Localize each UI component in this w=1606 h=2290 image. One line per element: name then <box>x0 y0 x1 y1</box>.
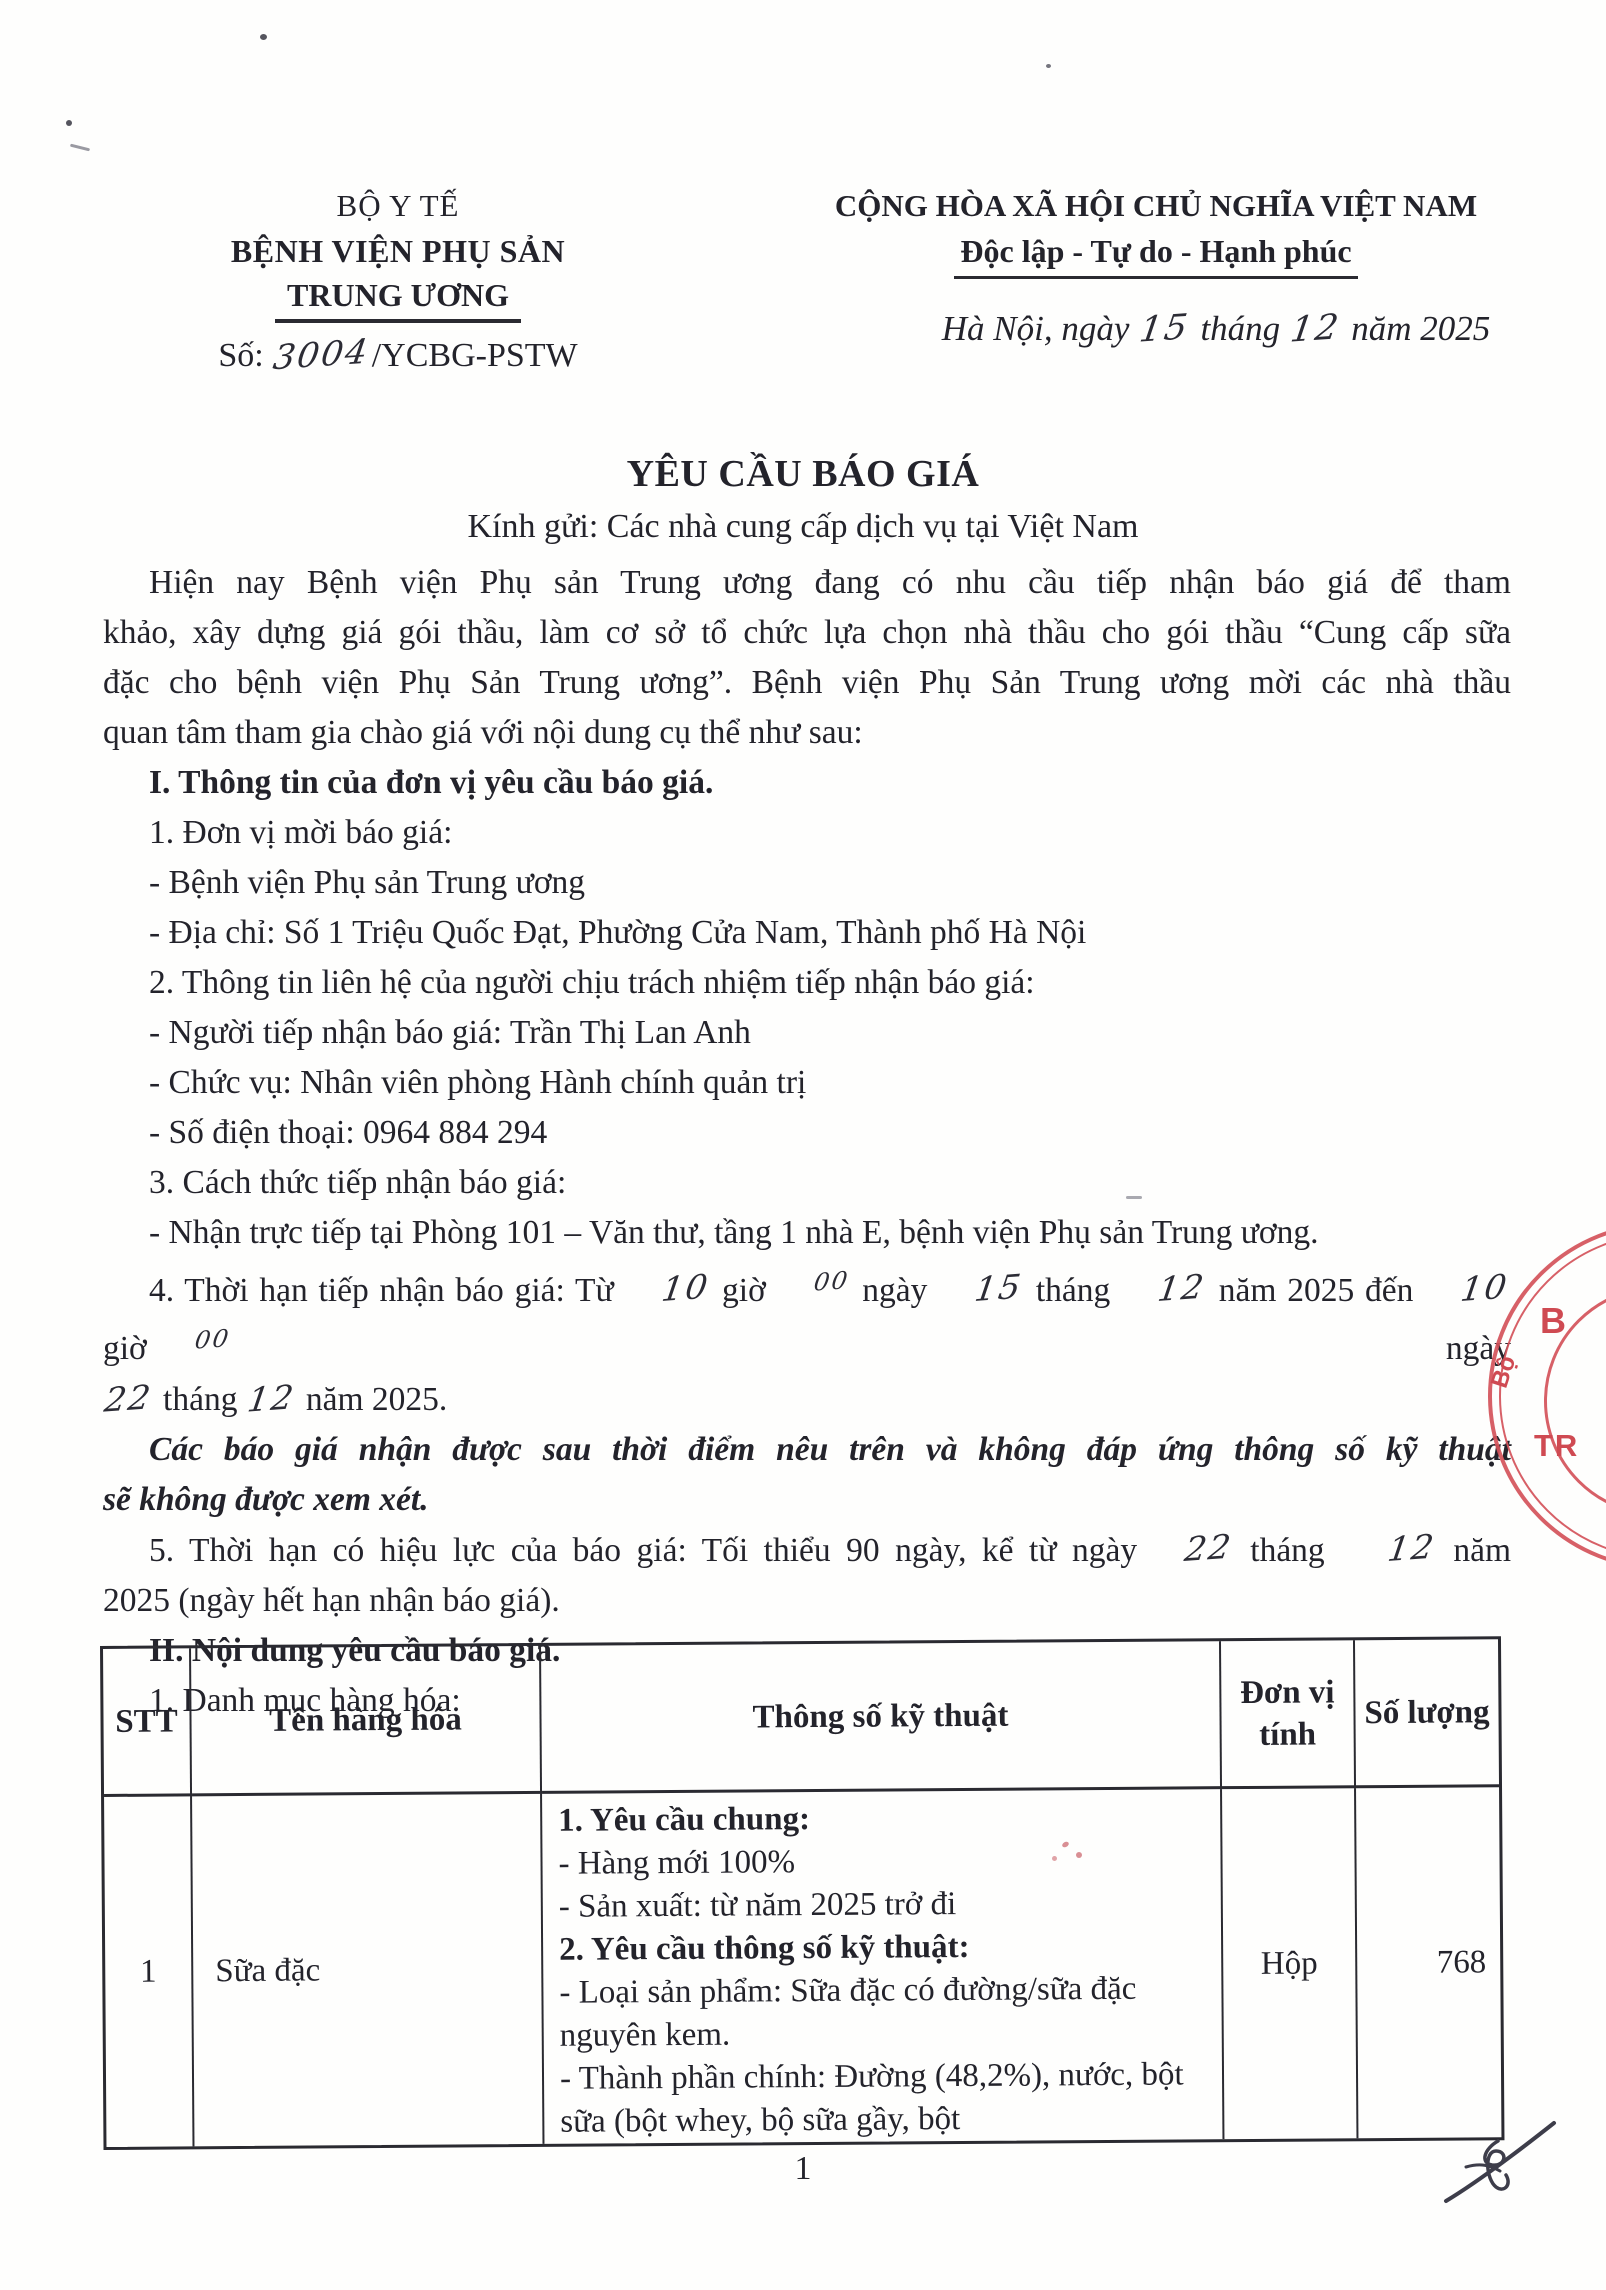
national-heading-block: CỘNG HÒA XÃ HỘI CHỦ NGHĨA VIỆT NAM Độc l… <box>756 188 1556 349</box>
scan-speck <box>1126 1196 1142 1199</box>
scan-speck <box>66 120 72 126</box>
organization-name-line2: TRUNG ƯƠNG <box>148 277 648 323</box>
section1-item4-line2: 22 tháng 12 năm 2025. <box>103 1374 1511 1425</box>
national-motto-line1: CỘNG HÒA XÃ HỘI CHỦ NGHĨA VIỆT NAM <box>756 188 1556 224</box>
bold-text: 2. Yêu cầu thông số kỹ thuật: <box>559 1924 1211 1972</box>
section1-heading: I. Thông tin của đơn vị yêu cầu báo giá. <box>103 758 1511 808</box>
text-segment: Số: <box>218 337 272 374</box>
scan-speck <box>70 144 90 152</box>
text-segment: giờ <box>711 1272 766 1309</box>
section1-item5-line1: 5. Thời hạn có hiệu lực của báo giá: Tối… <box>103 1525 1511 1576</box>
document-body: Hiện nay Bệnh viện Phụ sản Trung ương đa… <box>103 558 1511 1726</box>
document-title: YÊU CẦU BÁO GIÁ <box>0 452 1606 496</box>
salutation-line: Kính gửi: Các nhà cung cấp dịch vụ tại V… <box>0 508 1606 546</box>
ministry-name: BỘ Y TẾ <box>148 188 648 224</box>
section1-item3: 3. Cách thức tiếp nhận báo giá: <box>103 1158 1511 1208</box>
handwritten-number: 3004 <box>271 332 372 378</box>
table-header-so-luong: Số lượng <box>1355 1639 1499 1788</box>
goods-table: STT Tên hàng hóa Thông số kỹ thuật Đơn v… <box>100 1636 1504 2150</box>
document-number: Số: 3004/YCBG-PSTW <box>148 335 648 375</box>
text-segment: tháng <box>1192 309 1289 348</box>
table-header-don-vi-tinh: Đơn vị tính <box>1221 1640 1356 1789</box>
text-segment: tháng <box>155 1381 246 1418</box>
handwritten-number: 10 <box>1411 1262 1512 1318</box>
section1-item2: 2. Thông tin liên hệ của người chịu trác… <box>103 958 1511 1008</box>
organization-name-line1: BỆNH VIỆN PHỤ SẢN <box>148 233 648 270</box>
handwritten-number: 12 <box>1108 1262 1209 1318</box>
table-header-stt: STT <box>103 1648 192 1797</box>
handwritten-number: 15 <box>1137 307 1192 350</box>
issuer-block: BỘ Y TẾ BỆNH VIỆN PHỤ SẢN TRUNG ƯƠNG Số:… <box>148 188 648 375</box>
bold-text: 1. Yêu cầu chung: <box>558 1795 1210 1843</box>
text-segment: Hà Nội, ngày <box>942 309 1138 348</box>
section1-item1b: - Địa chỉ: Số 1 Triệu Quốc Đạt, Phường C… <box>103 908 1511 958</box>
text-segment: năm 2025 đến <box>1208 1272 1413 1309</box>
handwritten-number: 15 <box>925 1262 1026 1318</box>
text-segment: - Loại sản phẩm: Sữa đặc có đường/sữa đặ… <box>559 1967 1212 2058</box>
section1-item3a: - Nhận trực tiếp tại Phòng 101 – Văn thư… <box>103 1208 1511 1258</box>
handwritten-number: 22 <box>101 1372 155 1425</box>
ink-speck <box>1076 1852 1082 1858</box>
section1-item1a: - Bệnh viện Phụ sản Trung ương <box>103 858 1511 908</box>
handwritten-number: 00 <box>145 1313 234 1369</box>
text-segment: - Thành phần chính: Đường (48,2%), nước,… <box>560 2053 1213 2144</box>
text-segment: năm <box>1438 1532 1511 1569</box>
document-page: BỘ Y TẾ BỆNH VIỆN PHỤ SẢN TRUNG ƯƠNG Số:… <box>0 0 1606 2290</box>
handwritten-number: 10 <box>611 1262 712 1318</box>
notice-line2: sẽ không được xem xét. <box>103 1475 1511 1525</box>
handwritten-number: 12 <box>1338 1522 1439 1578</box>
text-segment: - Hàng mới 100% <box>558 1838 1210 1886</box>
text-segment: năm 2025. <box>297 1381 447 1418</box>
handwritten-number: 22 <box>1135 1522 1236 1578</box>
section1-item1: 1. Đơn vị mời báo giá: <box>103 808 1511 858</box>
intro-line: Hiện nay Bệnh viện Phụ sản Trung ương đa… <box>103 558 1511 608</box>
table-header-thong-so-ky-thuat: Thông số kỹ thuật <box>541 1641 1222 1794</box>
text-segment: ngày <box>852 1272 928 1309</box>
table-row-stt: 1 <box>104 1796 194 2147</box>
table-header-ten-hang-hoa: Tên hàng hóa <box>191 1646 542 1796</box>
table-row-quantity: 768 <box>1356 1787 1501 2138</box>
place-date-line: Hà Nội, ngày 15 tháng 12 năm 2025 <box>756 309 1556 349</box>
section1-item2a: - Người tiếp nhận báo giá: Trần Thị Lan … <box>103 1008 1511 1058</box>
intro-line: đặc cho bệnh viện Phụ Sản Trung ương”. B… <box>103 658 1511 708</box>
text-segment: giờ <box>103 1330 147 1367</box>
section1-item2b: - Chức vụ: Nhân viên phòng Hành chính qu… <box>103 1058 1511 1108</box>
text-segment: 5. Thời hạn có hiệu lực của báo giá: Tối… <box>149 1532 1137 1569</box>
table-row-unit: Hộp <box>1222 1788 1358 2139</box>
section1-item2c: - Số điện thoại: 0964 884 294 <box>103 1108 1511 1158</box>
intro-line: khảo, xây dựng giá gói thầu, làm cơ sở t… <box>103 608 1511 658</box>
page-number: 1 <box>0 2150 1606 2188</box>
text-segment: ngày <box>232 1330 1511 1367</box>
ink-speck <box>1052 1856 1057 1861</box>
national-motto-line2: Độc lập - Tự do - Hạnh phúc <box>756 233 1556 279</box>
text-segment: - Sản xuất: từ năm 2025 trở đi <box>559 1881 1211 1929</box>
handwritten-number: 00 <box>764 1255 853 1311</box>
intro-line: quan tâm tham gia chào giá với nội dung … <box>103 708 1511 758</box>
section1-item5-line2: 2025 (ngày hết hạn nhận báo giá). <box>103 1576 1511 1626</box>
handwritten-number: 12 <box>244 1372 298 1425</box>
stamp-letter-bottom: TR <box>1534 1428 1579 1464</box>
table-row-spec: 1. Yêu cầu chung:- Hàng mới 100%- Sản xu… <box>542 1789 1224 2144</box>
table-row-product-name: Sữa đặc <box>192 1794 544 2146</box>
text-segment: tháng <box>1235 1532 1340 1569</box>
section1-item4-line1: 4. Thời hạn tiếp nhận báo giá: Từ10 giờ0… <box>103 1258 1511 1374</box>
handwritten-number: 12 <box>1288 307 1343 350</box>
scan-speck <box>1046 64 1051 68</box>
text-segment: 4. Thời hạn tiếp nhận báo giá: Từ <box>149 1272 614 1309</box>
notice-line1: Các báo giá nhận được sau thời điểm nêu … <box>103 1425 1511 1475</box>
text-segment: /YCBG-PSTW <box>372 337 578 374</box>
scan-speck <box>260 34 267 40</box>
text-segment: năm 2025 <box>1342 309 1490 348</box>
stamp-letter-top: B <box>1540 1300 1566 1342</box>
text-segment: tháng <box>1025 1272 1110 1309</box>
